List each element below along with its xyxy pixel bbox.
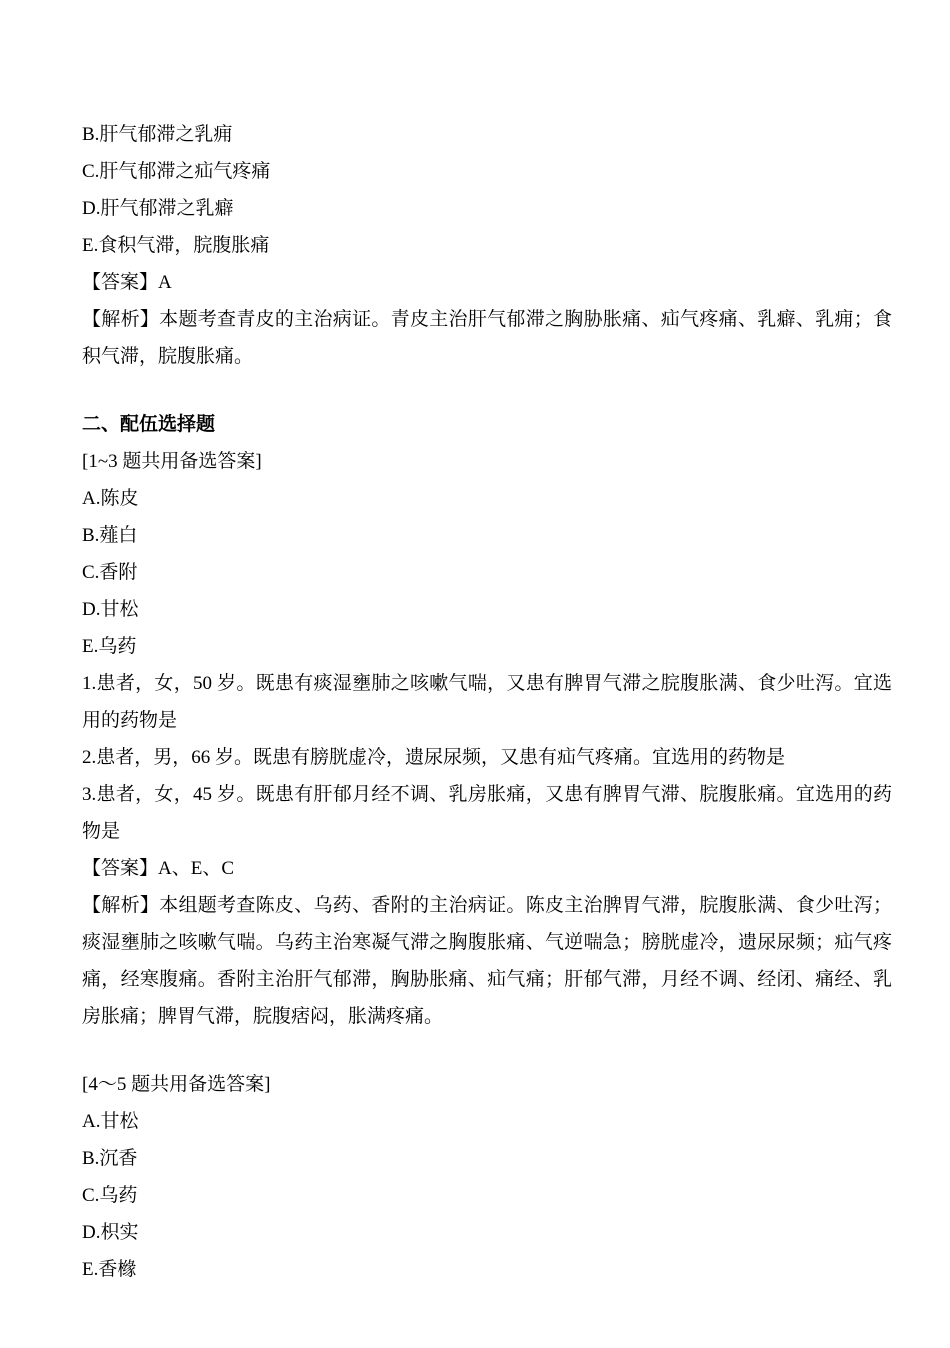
answer-option: C.乌药 — [82, 1177, 892, 1214]
question-item: 3.患者，女，45 岁。既患有肝郁月经不调、乳房胀痛，又患有脾胃气滞、脘腹胀痛。… — [82, 776, 892, 850]
answer-option: B.肝气郁滞之乳痈 — [82, 116, 892, 153]
answer-option: A.陈皮 — [82, 480, 892, 517]
section-heading: 二、配伍选择题 — [82, 406, 892, 443]
answer-option: E.香橼 — [82, 1251, 892, 1288]
answer-option: D.甘松 — [82, 591, 892, 628]
analysis-paragraph: 【解析】本组题考查陈皮、乌药、香附的主治病证。陈皮主治脾胃气滞，脘腹胀满、食少吐… — [82, 887, 892, 1035]
answer-option: E.乌药 — [82, 628, 892, 665]
answer-option: D.枳实 — [82, 1214, 892, 1251]
answer-option: B.沉香 — [82, 1140, 892, 1177]
answer-option: C.香附 — [82, 554, 892, 591]
answer-option: C.肝气郁滞之疝气疼痛 — [82, 153, 892, 190]
answer-option: A.甘松 — [82, 1103, 892, 1140]
question-item: 1.患者，女，50 岁。既患有痰湿壅肺之咳嗽气喘，又患有脾胃气滞之脘腹胀满、食少… — [82, 665, 892, 739]
answer-line: 【答案】A、E、C — [82, 850, 892, 887]
answer-option: E.食积气滞，脘腹胀痛 — [82, 227, 892, 264]
answer-option: D.肝气郁滞之乳癖 — [82, 190, 892, 227]
group-label: [1~3 题共用备选答案] — [82, 443, 892, 480]
answer-option: B.薤白 — [82, 517, 892, 554]
group-label: [4～5 题共用备选答案] — [82, 1066, 892, 1103]
analysis-paragraph: 【解析】本题考查青皮的主治病证。青皮主治肝气郁滞之胸胁胀痛、疝气疼痛、乳癖、乳痈… — [82, 301, 892, 375]
document-page: B.肝气郁滞之乳痈 C.肝气郁滞之疝气疼痛 D.肝气郁滞之乳癖 E.食积气滞，脘… — [0, 0, 950, 1348]
group-spacer — [82, 1035, 892, 1066]
question-item: 2.患者，男，66 岁。既患有膀胱虚冷，遗尿尿频，又患有疝气疼痛。宜选用的药物是 — [82, 739, 892, 776]
section-spacer — [82, 375, 892, 406]
answer-line: 【答案】A — [82, 264, 892, 301]
